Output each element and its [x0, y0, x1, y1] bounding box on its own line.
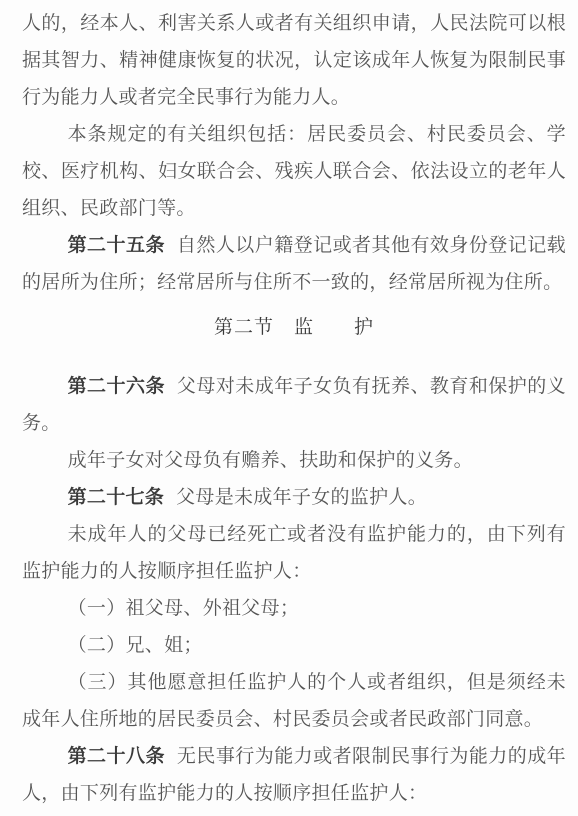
- paragraph-text: 成年子女对父母负有赡养、扶助和保护的义务。: [68, 450, 473, 471]
- section-heading: 第二节 监 护: [22, 309, 566, 346]
- article-paragraph: 第二十六条父母对未成年子女负有抚养、教育和保护的义务。: [22, 368, 566, 442]
- paragraph-text: （二）兄、姐；: [68, 635, 203, 656]
- scanned-law-page: 人的，经本人、利害关系人或者有关组织申请，人民法院可以根据其智力、精神健康恢复的…: [0, 0, 578, 816]
- paragraph-text: 父母是未成年子女的监护人。: [176, 487, 427, 508]
- article-paragraph: 第二十五条自然人以户籍登记或者其他有效身份登记记载的居所为住所；经常居所与住所不…: [22, 227, 566, 301]
- body-paragraph: 人的，经本人、利害关系人或者有关组织申请，人民法院可以根据其智力、精神健康恢复的…: [22, 5, 566, 116]
- article-number: 第二十七条: [68, 487, 165, 508]
- article-number: 第二十八条: [68, 746, 165, 767]
- body-paragraph: （一）祖父母、外祖父母；: [22, 590, 566, 627]
- paragraph-text: （三）其他愿意担任监护人的个人或者组织，但是须经未成年人住所地的居民委员会、村民…: [22, 672, 566, 730]
- body-paragraph: （二）兄、姐；: [22, 627, 566, 664]
- body-paragraph: 本条规定的有关组织包括：居民委员会、村民委员会、学校、医疗机构、妇女联合会、残疾…: [22, 116, 566, 227]
- paragraph-text: （一）祖父母、外祖父母；: [68, 598, 300, 619]
- paragraph-text: 人的，经本人、利害关系人或者有关组织申请，人民法院可以根据其智力、精神健康恢复的…: [22, 13, 566, 108]
- article-paragraph: 第二十七条父母是未成年子女的监护人。: [22, 479, 566, 516]
- article-number: 第二十五条: [68, 235, 165, 256]
- paragraph-text: 本条规定的有关组织包括：居民委员会、村民委员会、学校、医疗机构、妇女联合会、残疾…: [22, 124, 566, 219]
- body-paragraph: （三）其他愿意担任监护人的个人或者组织，但是须经未成年人住所地的居民委员会、村民…: [22, 664, 566, 738]
- article-paragraph: 第二十八条无民事行为能力或者限制民事行为能力的成年人，由下列有监护能力的人按顺序…: [22, 738, 566, 812]
- paragraph-text: 未成年人的父母已经死亡或者没有监护能力的，由下列有监护能力的人按顺序担任监护人：: [22, 524, 566, 582]
- body-paragraph: 成年子女对父母负有赡养、扶助和保护的义务。: [22, 442, 566, 479]
- body-paragraph: 未成年人的父母已经死亡或者没有监护能力的，由下列有监护能力的人按顺序担任监护人：: [22, 516, 566, 590]
- document-body: 人的，经本人、利害关系人或者有关组织申请，人民法院可以根据其智力、精神健康恢复的…: [0, 0, 578, 812]
- article-number: 第二十六条: [68, 376, 165, 397]
